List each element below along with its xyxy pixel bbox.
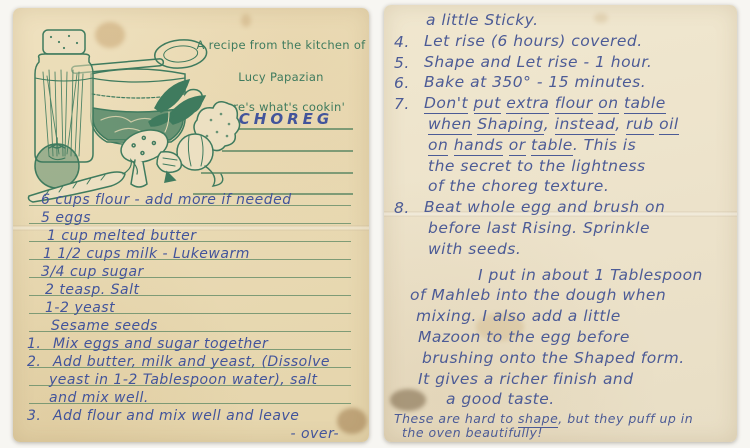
instructions-text: a little Sticky.4.Let rise (6 hours) cov… [384, 5, 737, 442]
printed-header-line-1: A recipe from the kitchen of [188, 38, 369, 52]
printed-header-line-2: Lucy Papazian [188, 70, 369, 84]
ruled-row: 1 cup melted butter [27, 224, 353, 242]
recipe-title: CHOREG [219, 110, 353, 128]
underlined-word: table [531, 136, 573, 156]
instruction-line: I put in about 1 Tablespoon [394, 266, 735, 287]
handwritten-text: a little Sticky. [426, 11, 539, 29]
mushrooms-icon [117, 124, 181, 187]
underlined-word: extra [506, 94, 549, 114]
instruction-line: 8.Beat whole egg and brush on [394, 198, 735, 219]
title-rule [225, 128, 353, 130]
handwritten-text: mixing. I also add a little [416, 307, 621, 325]
ruled-row: 3.Add flour and mix well and leave [27, 404, 353, 422]
underlined-word: on [598, 94, 618, 114]
recipe-card-back: a little Sticky.4.Let rise (6 hours) cov… [384, 5, 737, 442]
ingredient-rows: 6 cups flour - add more if needed5 eggs1… [27, 188, 353, 422]
step-number: 5. [394, 54, 410, 72]
crock-pot-icon [91, 69, 203, 145]
ruled-row: 2.Add butter, milk and yeast, (Dissolve [27, 350, 353, 368]
jar-icon [35, 30, 93, 162]
step-number: 3. [27, 408, 41, 424]
ruled-row: 2 teasp. Salt [27, 278, 353, 296]
ruled-row: 1.Mix eggs and sugar together [27, 332, 353, 350]
underlined-word: oil [659, 115, 679, 135]
instruction-line: the secret to the lightness [394, 157, 735, 178]
underlined-word: or [509, 136, 526, 156]
step-number: 4. [394, 33, 410, 51]
blank-rule-2 [201, 172, 353, 174]
ruled-row: 6 cups flour - add more if needed [27, 188, 353, 206]
underlined-word: rub [626, 115, 654, 135]
instruction-line: 4.Let rise (6 hours) covered. [394, 32, 735, 53]
underlined-word: on [428, 136, 448, 156]
blank-rule-1 [222, 150, 353, 152]
handwritten-text: Beat whole egg and brush on [424, 198, 665, 216]
stain [241, 14, 251, 27]
handwritten-text: I put in about 1 Tablespoon [478, 266, 703, 284]
recipe-card-front: A recipe from the kitchen of Lucy Papazi… [13, 8, 369, 442]
handwritten-text: when Shaping, instead, rub oil [428, 115, 679, 133]
instruction-line: on hands or table. This is [394, 136, 735, 157]
instruction-line: Mazoon to the egg before [394, 328, 735, 349]
handwritten-text: the oven beautifully! [402, 425, 543, 440]
handwritten-text: before last Rising. Sprinkle [428, 219, 650, 237]
underlined-word: flour [555, 94, 593, 114]
instruction-line: before last Rising. Sprinkle [394, 219, 735, 240]
underlined-word: hands [454, 136, 504, 156]
instruction-line: a little Sticky. [394, 11, 735, 32]
instruction-line: brushing onto the Shaped form. [394, 349, 735, 370]
instruction-line: These are hard to shape, but they puff u… [394, 411, 735, 425]
ruled-row: 3/4 cup sugar [27, 260, 353, 278]
ruled-row: Sesame seeds [27, 314, 353, 332]
handwritten-text: Let rise (6 hours) covered. [424, 32, 643, 50]
instruction-line: 6.Bake at 350° - 15 minutes. [394, 73, 735, 94]
handwritten-text: a good taste. [446, 390, 555, 408]
ruled-row: yeast in 1-2 Tablespoon water), salt [27, 368, 353, 386]
step-number: 7. [394, 95, 410, 113]
handwritten-text: with seeds. [428, 240, 521, 258]
ruled-row: 1-2 yeast [27, 296, 353, 314]
underlined-word: instead [555, 115, 616, 135]
step-number: 8. [394, 199, 410, 217]
over-note: - over- [290, 426, 339, 442]
underlined-word: table [624, 94, 666, 114]
instruction-line: the oven beautifully! [394, 425, 735, 439]
step-number: 6. [394, 74, 410, 92]
photo-background: A recipe from the kitchen of Lucy Papazi… [0, 0, 750, 448]
handwritten-text: of Mahleb into the dough when [410, 286, 666, 304]
ruled-row: 5 eggs [27, 206, 353, 224]
instruction-line: of Mahleb into the dough when [394, 286, 735, 307]
handwritten-text: Add flour and mix well and leave [53, 408, 299, 424]
turnip-icon [177, 134, 223, 186]
underlined-word: Don't [424, 94, 468, 114]
handwritten-text: on hands or table. This is [428, 136, 636, 154]
handwritten-text: Mazoon to the egg before [418, 328, 630, 346]
instruction-line: 5.Shape and Let rise - 1 hour. [394, 53, 735, 74]
handwritten-text: of the choreg texture. [428, 177, 609, 195]
stain [95, 22, 125, 48]
underlined-word: Shaping [477, 115, 543, 135]
instruction-line: It gives a richer finish and [394, 370, 735, 391]
instruction-line: a good taste. [394, 390, 735, 411]
underlined-word: when [428, 115, 472, 135]
ruled-row: and mix well. [27, 386, 353, 404]
instruction-line: when Shaping, instead, rub oil [394, 115, 735, 136]
instruction-line: with seeds. [394, 240, 735, 261]
pantry-illustration-icon [19, 28, 241, 208]
handwritten-text: These are hard to shape, but they puff u… [394, 411, 693, 426]
instruction-line: 7.Don't put extra flour on table [394, 94, 735, 115]
handwritten-text: Bake at 350° - 15 minutes. [424, 73, 646, 91]
tomato-icon [35, 138, 79, 188]
handwritten-text: the secret to the lightness [428, 157, 646, 175]
underlined-word: put [474, 94, 501, 114]
instruction-line: of the choreg texture. [394, 177, 735, 198]
ruled-row: 1 1/2 cups milk - Lukewarm [27, 242, 353, 260]
handwritten-text: Shape and Let rise - 1 hour. [424, 53, 652, 71]
instruction-line: mixing. I also add a little [394, 307, 735, 328]
handwritten-text: brushing onto the Shaped form. [422, 349, 685, 367]
handwritten-text: It gives a richer finish and [418, 370, 634, 388]
handwritten-text: Don't put extra flour on table [424, 94, 666, 112]
